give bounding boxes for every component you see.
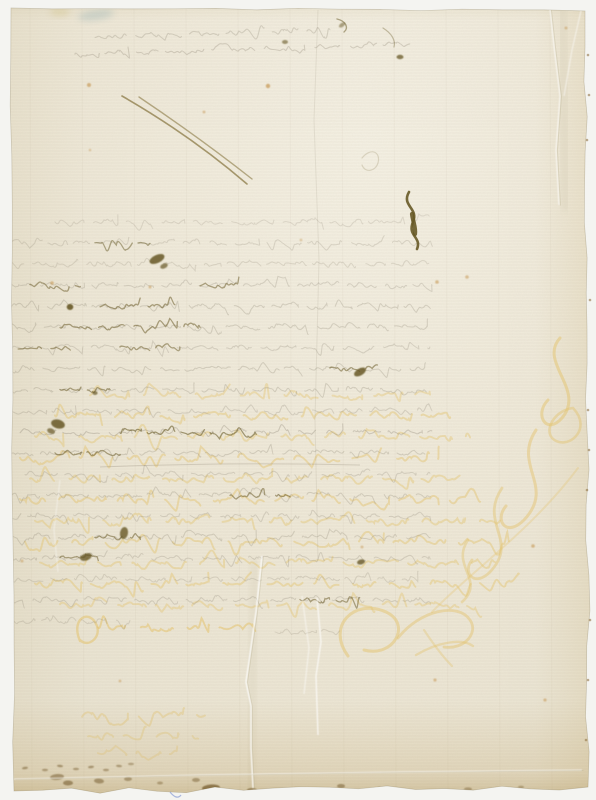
scanned-letter-verso — [0, 0, 596, 800]
scanner-bed — [0, 0, 596, 800]
paper-texture — [0, 0, 596, 800]
paper-surface — [0, 0, 596, 800]
bottom-browning — [0, 690, 596, 800]
